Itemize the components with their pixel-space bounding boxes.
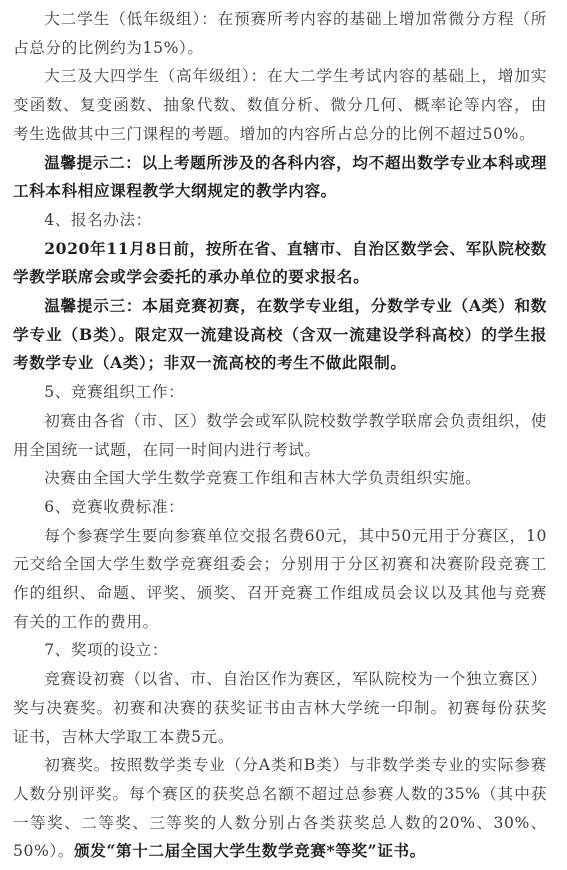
- paragraph-registration: 2020年11月8日前，按所在省、直辖市、自治区数学会、军队院校数学教学联席会或…: [13, 235, 547, 292]
- section-heading-awards: 7、奖项的设立：: [13, 636, 547, 665]
- section-heading-registration: 4、报名办法：: [13, 206, 547, 235]
- document-body: 大二学生（低年级组）：在预赛所考内容的基础上增加常微分方程（所占总分的比例约为1…: [13, 5, 547, 866]
- section-heading-organization: 5、竞赛组织工作：: [13, 378, 547, 407]
- paragraph-preliminary-organization: 初赛由各省（市、区）数学会或军队院校数学教学联席会负责组织，使用全国统一试题，在…: [13, 407, 547, 464]
- paragraph-tip-two: 温馨提示二：以上考题所涉及的各科内容，均不超出数学专业本科或理工科本科相应课程教…: [13, 149, 547, 206]
- paragraph-preliminary-awards: 初赛奖。按照数学类专业（分A类和B类）与非数学类专业的实际参赛人数分别评奖。每个…: [13, 751, 547, 866]
- paragraph-junior-senior-scope: 大三及大四学生（高年级组）：在大二学生考试内容的基础上，增加实变函数、复变函数、…: [13, 62, 547, 148]
- section-heading-fees: 6、竞赛收费标准：: [13, 493, 547, 522]
- paragraph-awards-setup: 竞赛设初赛（以省、市、自治区作为赛区，军队院校为一个独立赛区）奖与决赛奖。初赛和…: [13, 665, 547, 751]
- paragraph-sophomore-scope: 大二学生（低年级组）：在预赛所考内容的基础上增加常微分方程（所占总分的比例约为1…: [13, 5, 547, 62]
- paragraph-final-organization: 决赛由全国大学生数学竞赛工作组和吉林大学负责组织实施。: [13, 464, 547, 493]
- paragraph-fees: 每个参赛学生要向参赛单位交报名费60元，其中50元用于分赛区，10元交给全国大学…: [13, 522, 547, 637]
- paragraph-tip-three: 温馨提示三：本届竞赛初赛，在数学专业组，分数学专业（A类）和数学专业（B类）。限…: [13, 292, 547, 378]
- preliminary-awards-certificate-text: 颁发“第十二届全国大学生数学竞赛*等奖”证书。: [74, 841, 426, 860]
